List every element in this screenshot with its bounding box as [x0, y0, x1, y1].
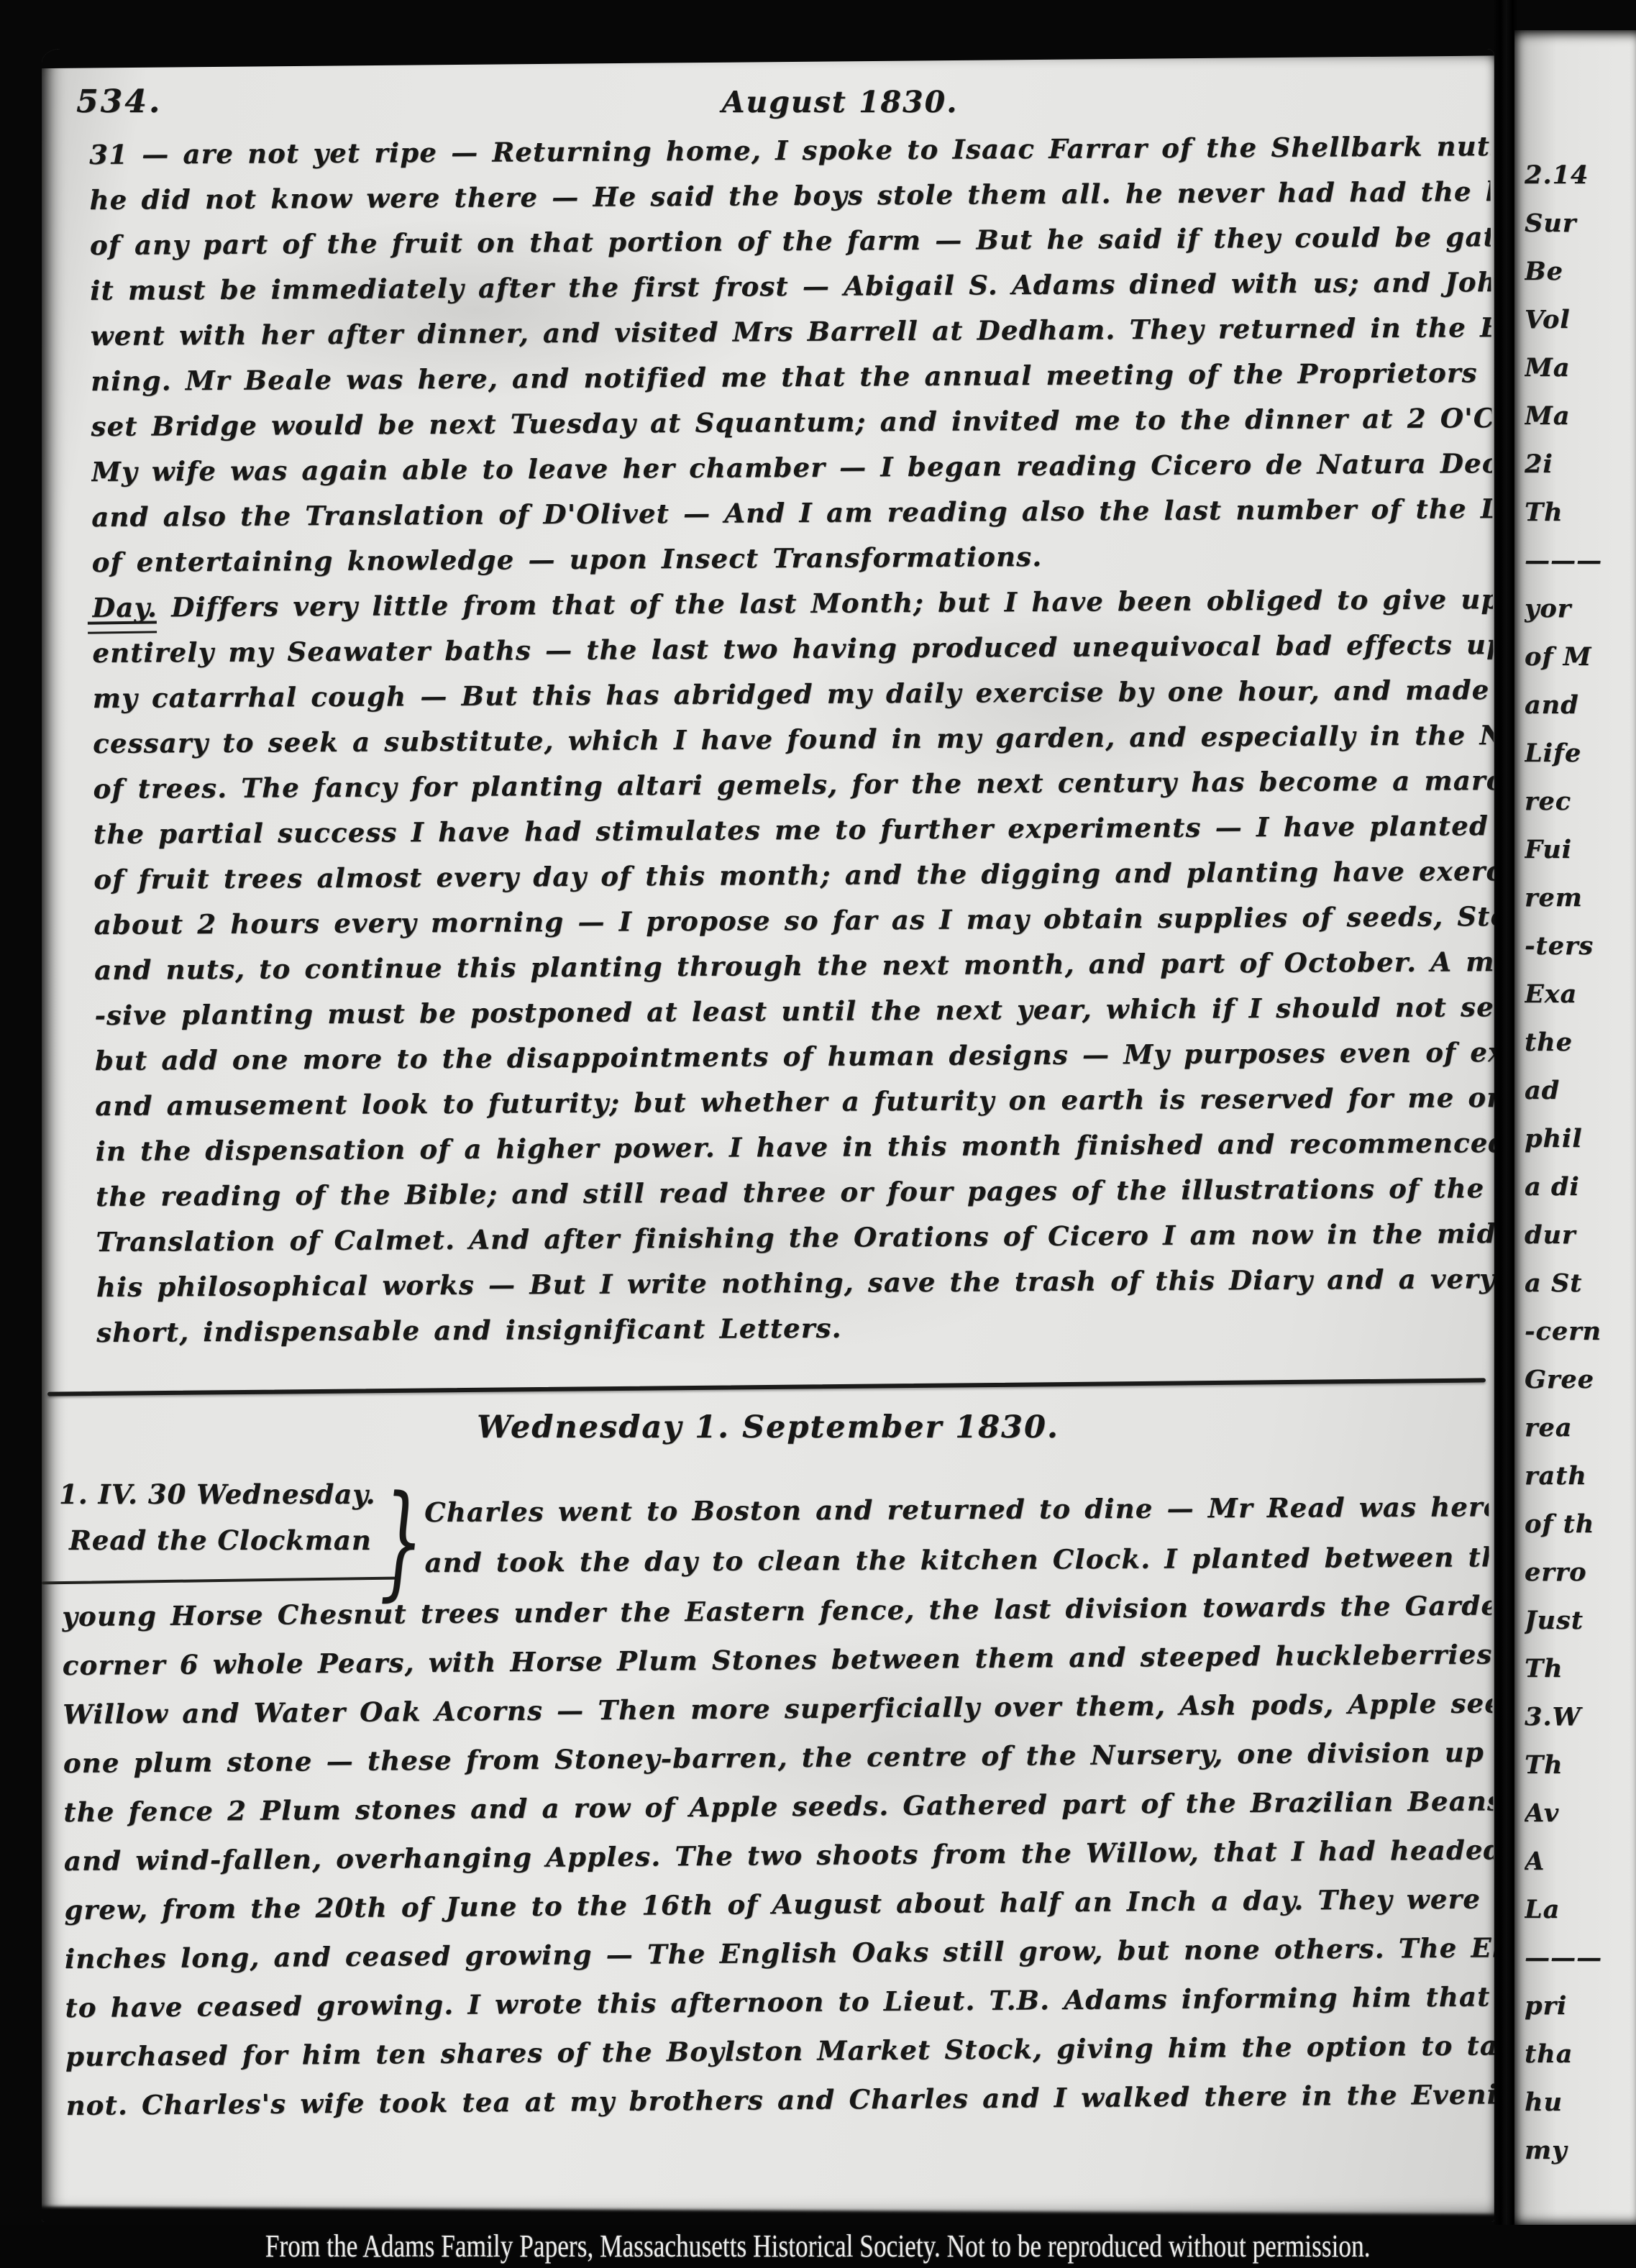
page-bottom-edge-shadow: [42, 2207, 1494, 2222]
day-word-underline: [88, 621, 157, 634]
manuscript-scan: 534. August 1830. 31 — are not yet ripe …: [0, 0, 1636, 2268]
adjacent-page-sliver: 2.14SurBeVolMaMa2iTh———yorof MandLiferec…: [1514, 30, 1636, 2226]
month-header: August 1830.: [675, 85, 1005, 119]
margin-date-note: 1. IV. 30 Wednesday.: [59, 1478, 375, 1510]
august-31-entry-text: 31 — are not yet ripe — Returning home, …: [89, 124, 1494, 1355]
diary-page: 534. August 1830. 31 — are not yet ripe …: [42, 49, 1494, 2222]
footer-credit-text: From the Adams Family Papers, Massachuse…: [265, 2228, 1371, 2265]
footer-bar: From the Adams Family Papers, Massachuse…: [0, 2225, 1636, 2268]
page-top-edge-shadow: [42, 49, 1494, 68]
september-entry-heading: Wednesday 1. September 1830.: [42, 1409, 1494, 1445]
margin-note-underline: [42, 1577, 396, 1585]
adjacent-page-text-fragments: 2.14SurBeVolMaMa2iTh———yorof MandLiferec…: [1525, 151, 1632, 2175]
september-entry-text: young Horse Chesnut trees under the East…: [62, 1581, 1494, 2130]
september-entry-opening-lines: Charles went to Boston and returned to d…: [424, 1481, 1489, 1588]
margin-topic-note: Read the Clockman: [69, 1524, 372, 1556]
page-number: 534.: [76, 83, 162, 120]
book-gutter: [1493, 0, 1517, 2268]
section-divider-rule: [47, 1378, 1486, 1396]
